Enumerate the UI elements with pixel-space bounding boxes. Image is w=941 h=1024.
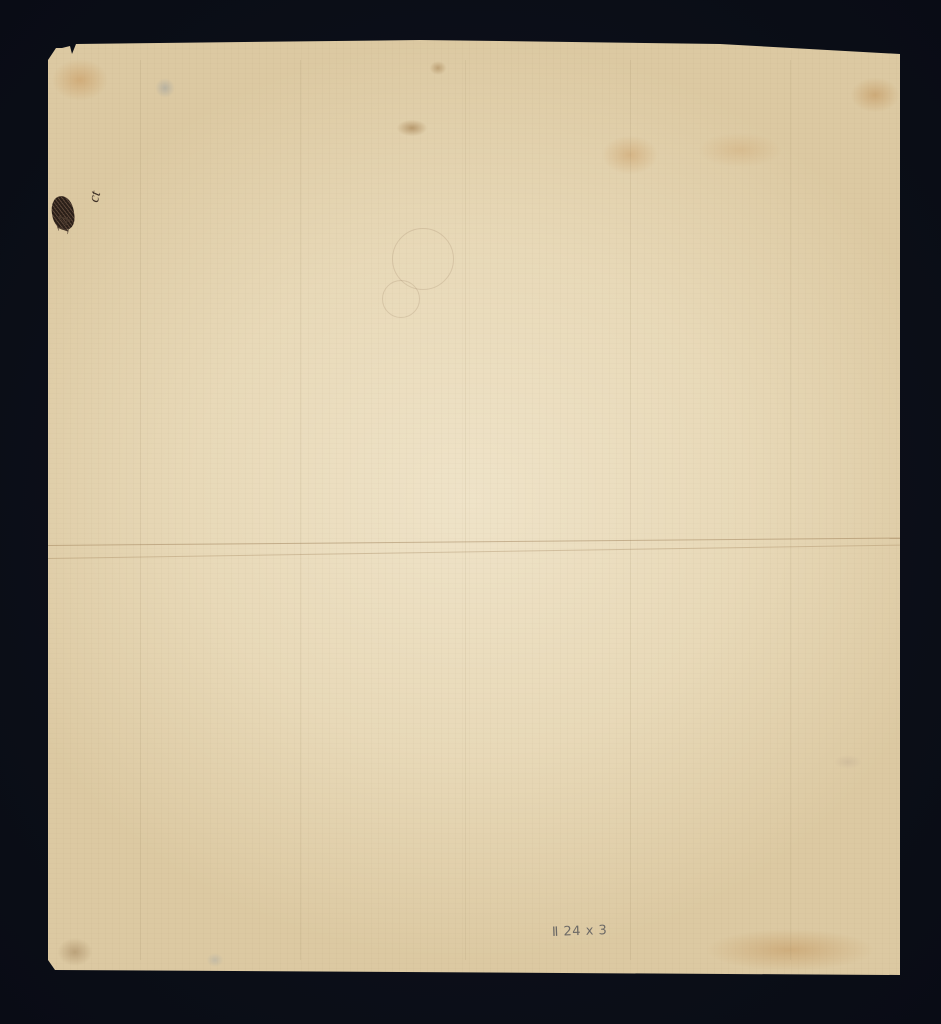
faint-offset-circle <box>382 280 420 318</box>
paper-sheet: ct 14 Ⅱ 24 x 3 <box>0 0 941 1024</box>
fold-crease <box>48 538 900 546</box>
pencil-inventory-number: Ⅱ 24 x 3 <box>552 923 608 940</box>
chain-line <box>300 60 301 960</box>
paper-surface <box>0 0 941 1024</box>
chain-line <box>140 60 141 960</box>
chain-line <box>465 60 466 960</box>
chain-line <box>790 60 791 960</box>
ink-numeral: 14 <box>52 214 76 235</box>
chain-line <box>630 60 631 960</box>
fold-crease-shadow <box>48 545 900 559</box>
